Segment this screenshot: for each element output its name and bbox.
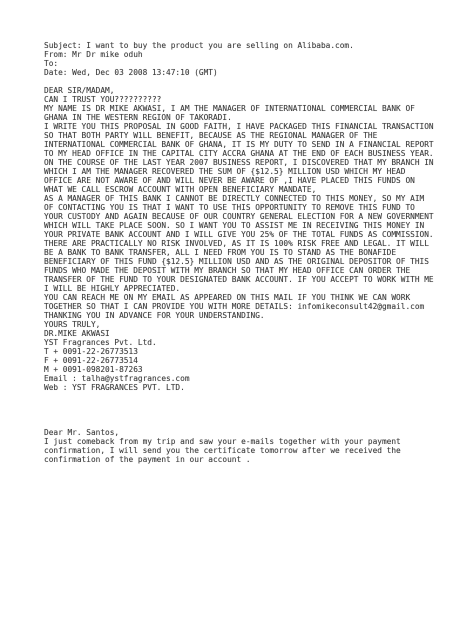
paragraph-funds-discovery: ON THE COURSE OF THE LAST YEAR 2007 BUSI… — [44, 158, 454, 194]
paragraph-proposal: I WRITE YOU THIS PROPOSAL IN GOOD FAITH,… — [44, 122, 454, 158]
note-body: I just comeback from my trip and saw you… — [44, 437, 454, 464]
company-name: YST Fragrances Pvt. Ltd. — [44, 338, 454, 347]
seller-note-block: Dear Mr. Santos, I just comeback from my… — [44, 428, 454, 464]
company-email: Email : talha@ystfragrances.com — [44, 374, 454, 383]
email-subject: Subject: I want to buy the product you a… — [44, 41, 454, 50]
signature-closing: YOURS TRULY, DR.MIKE AKWASI — [44, 320, 454, 338]
company-fax: F + 0091-22-26773514 — [44, 356, 454, 365]
email-date: Date: Wed, Dec 03 2008 13:47:10 (GMT) — [44, 68, 454, 77]
email-to: To: — [44, 59, 454, 68]
email-document-page: Subject: I want to buy the product you a… — [0, 0, 474, 632]
company-signature-block: YST Fragrances Pvt. Ltd. T + 0091-22-267… — [44, 338, 454, 392]
paragraph-assistance-request: AS A MANAGER OF THIS BANK I CANNOT BE DI… — [44, 194, 454, 239]
salutation: DEAR SIR/MADAM, CAN I TRUST YOU?????????… — [44, 86, 454, 104]
company-telephone: T + 0091-22-26773513 — [44, 347, 454, 356]
email-from: From: Mr Dr mike oduh — [44, 50, 454, 59]
paragraph-introduction: MY NAME IS DR MIKE AKWASI, I AM THE MANA… — [44, 104, 454, 122]
paragraph-no-risk: THERE ARE PRACTICALLY NO RISK INVOLVED, … — [44, 239, 454, 293]
email-document: Subject: I want to buy the product you a… — [44, 41, 454, 464]
email-header-block: Subject: I want to buy the product you a… — [44, 41, 454, 77]
paragraph-thanks: THANKING YOU IN ADVANCE FOR YOUR UNDERST… — [44, 311, 454, 320]
paragraph-contact-info: YOU CAN REACH ME ON MY EMAIL AS APPEARED… — [44, 293, 454, 311]
company-web: Web : YST FRAGRANCES PVT. LTD. — [44, 383, 454, 392]
note-greeting: Dear Mr. Santos, — [44, 428, 454, 437]
company-mobile: M + 0091-098201-87263 — [44, 365, 454, 374]
